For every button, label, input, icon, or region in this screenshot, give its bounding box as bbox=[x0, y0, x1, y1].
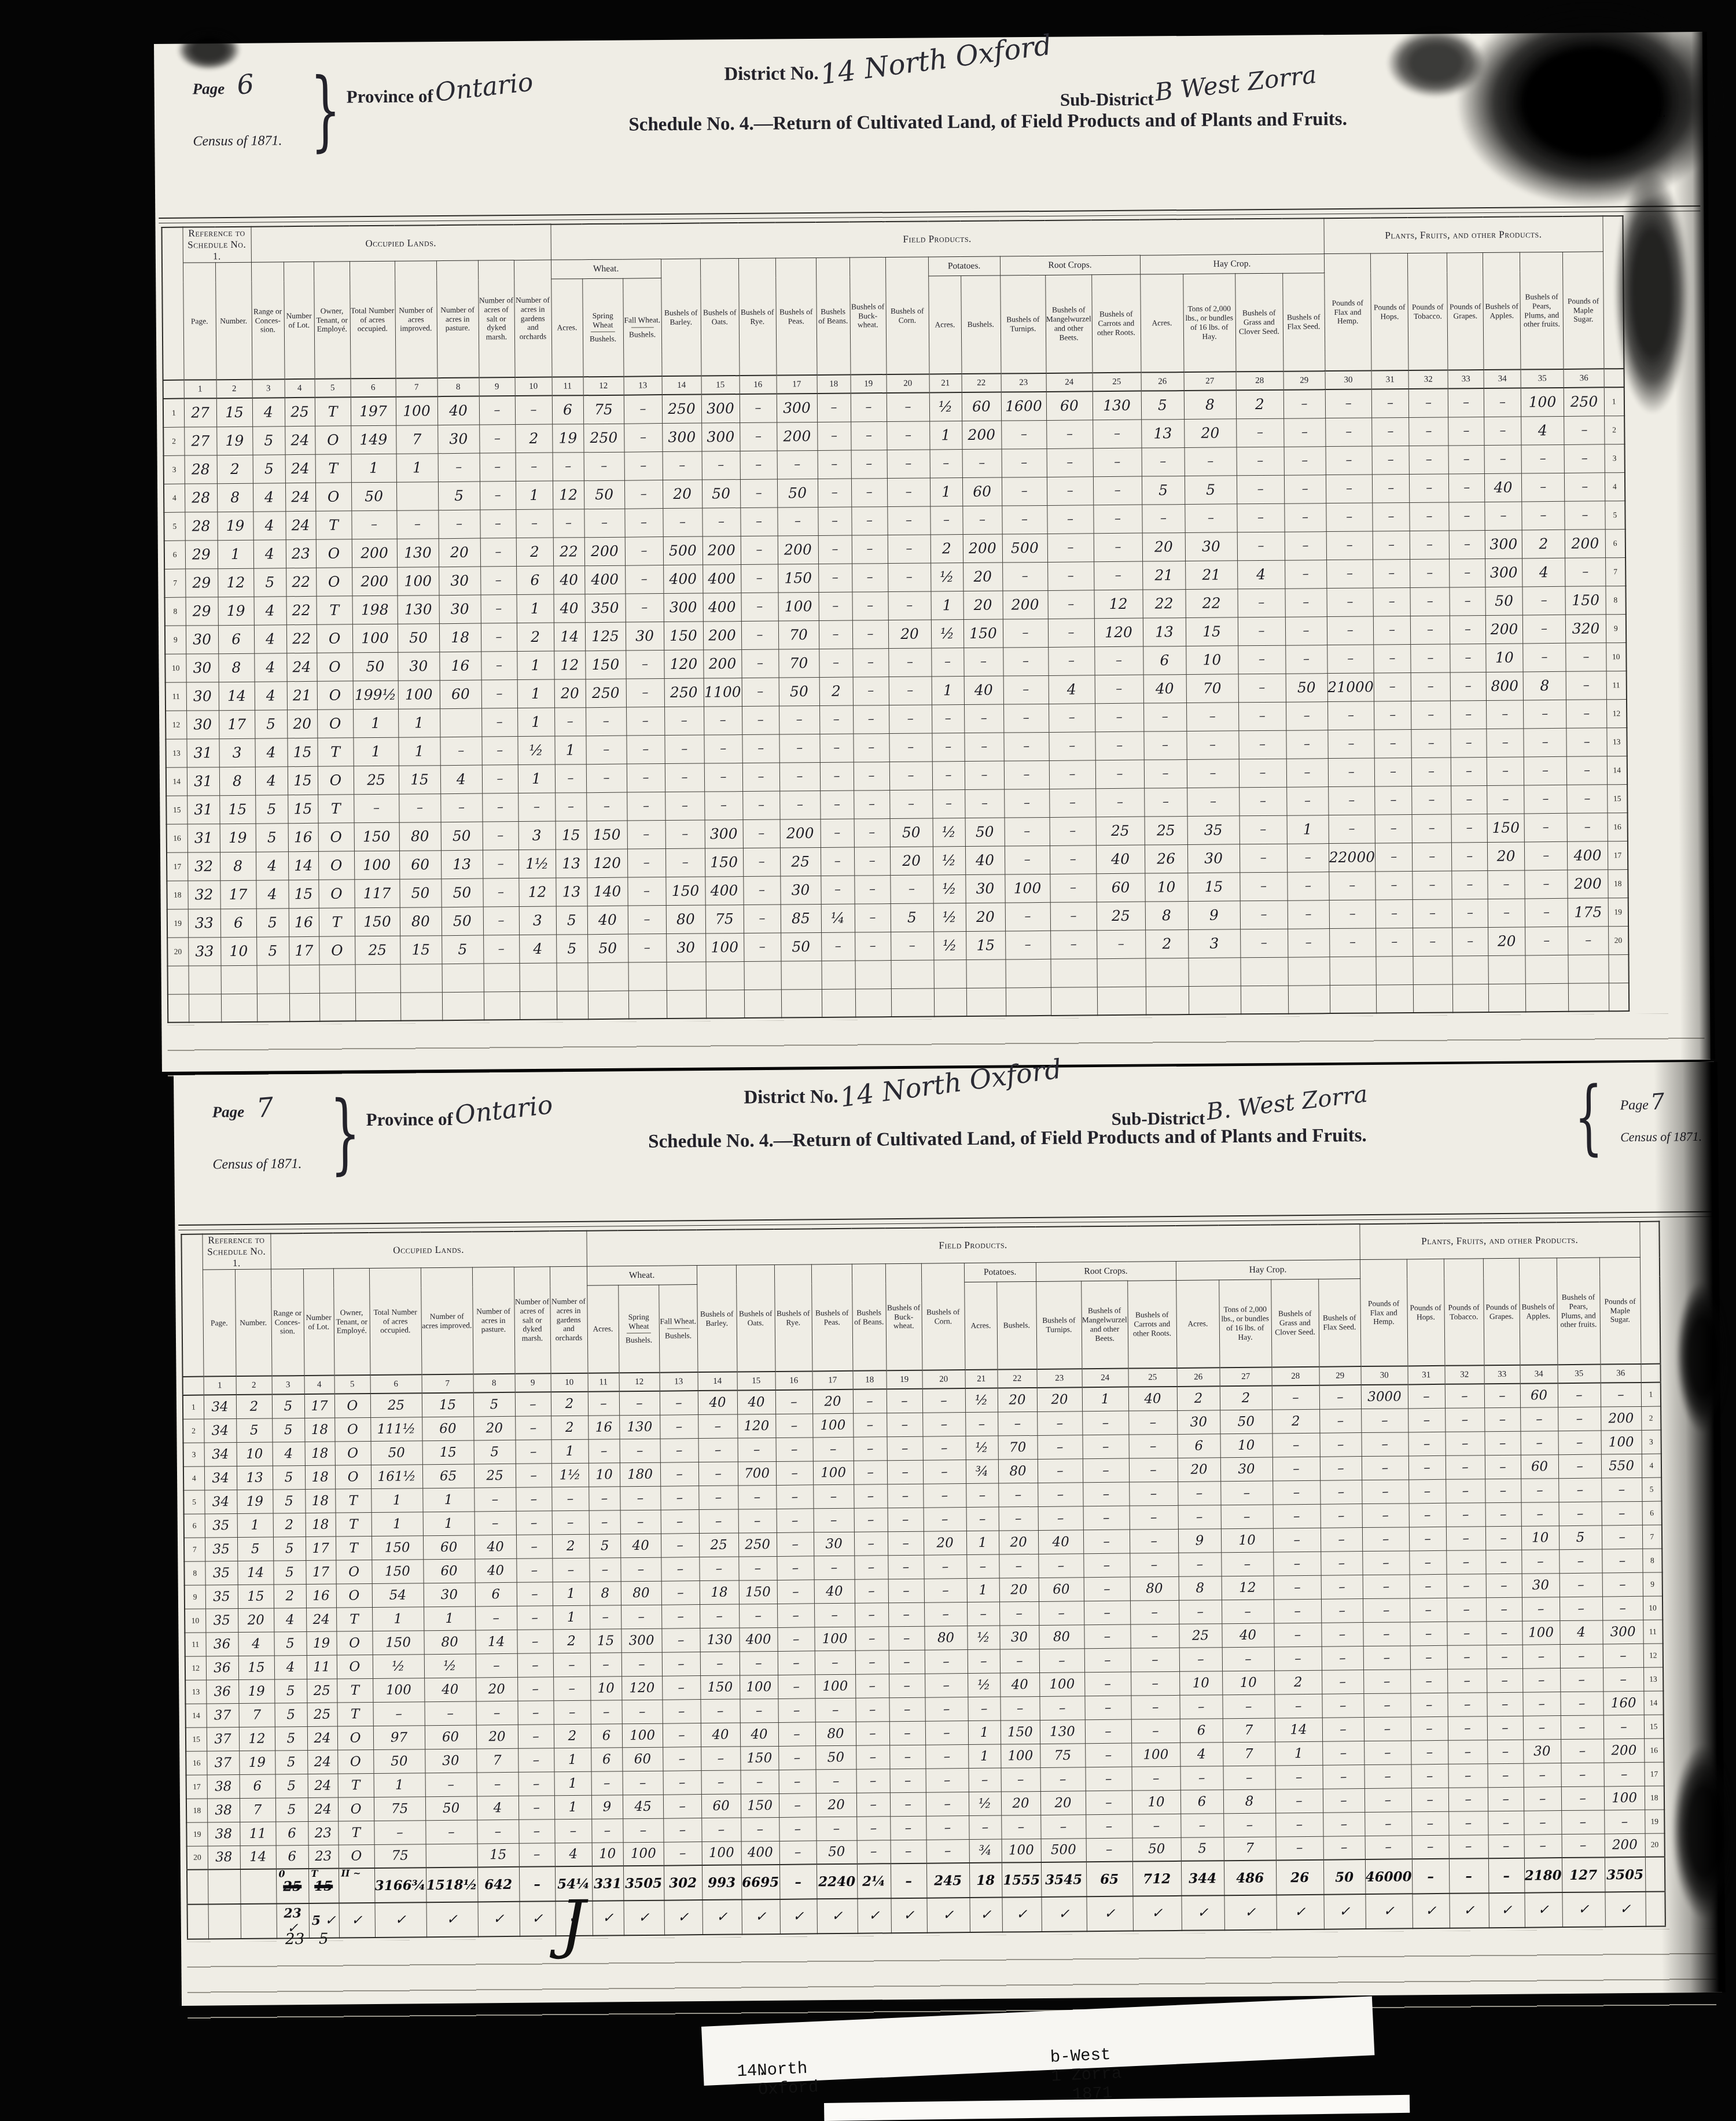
handwritten-value: 2 bbox=[236, 1395, 272, 1419]
handwritten-value: – bbox=[1003, 619, 1048, 648]
corner-page-block: { Page 7 Census of 1871. bbox=[1562, 1069, 1702, 1164]
handwritten-value: – bbox=[1601, 1383, 1641, 1407]
handwritten-value: 24 bbox=[285, 426, 315, 454]
column-number: 21 bbox=[929, 374, 962, 392]
handwritten-value: – bbox=[1143, 731, 1186, 760]
handwritten-value: 500 bbox=[663, 536, 703, 565]
handwritten-value: 200 bbox=[703, 621, 741, 650]
handwritten-value: 250 bbox=[583, 424, 624, 453]
handwritten-value: 150 bbox=[664, 622, 703, 650]
column-header: Bushels of Flax Seed. bbox=[1282, 273, 1325, 372]
handwritten-value: 85 bbox=[781, 904, 821, 933]
handwritten-value: – bbox=[1093, 448, 1142, 477]
handwritten-value: – bbox=[818, 564, 852, 592]
handwritten-value: 8 bbox=[1179, 1576, 1222, 1600]
census-table-page-6: Reference to Schedule No. 1.Occupied Lan… bbox=[161, 215, 1629, 1023]
handwritten-value: 22 bbox=[1142, 589, 1185, 618]
handwritten-value: – bbox=[1485, 1502, 1521, 1527]
handwritten-value: 14 bbox=[237, 1561, 273, 1585]
handwritten-value: – bbox=[889, 676, 932, 705]
handwritten-value: 1 bbox=[518, 764, 555, 793]
handwritten-value: – bbox=[1323, 1765, 1364, 1789]
handwritten-value: – bbox=[1286, 701, 1327, 730]
handwritten-value: 130 bbox=[1093, 391, 1141, 420]
handwritten-value: T bbox=[338, 1821, 374, 1845]
handwritten-value: – bbox=[1449, 502, 1485, 530]
checkmark: ✓ bbox=[1276, 1895, 1324, 1930]
total-value: – bbox=[519, 1866, 556, 1902]
handwritten-value: 35 bbox=[205, 1608, 238, 1632]
empty-cell bbox=[933, 960, 966, 988]
handwritten-value: O bbox=[318, 851, 354, 879]
handwritten-value: O bbox=[318, 766, 354, 794]
handwritten-value: – bbox=[1272, 1480, 1320, 1505]
handwritten-value: 100 bbox=[352, 624, 398, 653]
handwritten-value: – bbox=[1446, 1502, 1485, 1527]
corner-page-number: 6 bbox=[1614, 64, 1630, 91]
handwritten-value: – bbox=[1288, 900, 1329, 929]
handwritten-value: 800 bbox=[1486, 671, 1523, 700]
handwritten-value: – bbox=[966, 1507, 999, 1531]
handwritten-value: – bbox=[888, 534, 930, 563]
handwritten-value: – bbox=[621, 1652, 662, 1677]
column-number: 29 bbox=[1283, 371, 1325, 390]
handwritten-value: – bbox=[777, 1532, 814, 1556]
handwritten-value: 5 bbox=[1559, 1525, 1602, 1549]
empty-cell bbox=[355, 964, 400, 993]
handwritten-value: 250 bbox=[662, 395, 701, 424]
handwritten-value: – bbox=[962, 449, 1002, 478]
handwritten-value: – bbox=[1322, 1741, 1364, 1765]
column-number: 34 bbox=[1484, 369, 1521, 388]
column-number: 35 bbox=[1558, 1365, 1601, 1384]
row-number: 7 bbox=[1606, 557, 1625, 586]
handwritten-value: – bbox=[701, 1817, 741, 1841]
handwritten-value: 70 bbox=[998, 1435, 1038, 1460]
page-label: Page bbox=[192, 80, 225, 97]
handwritten-value: – bbox=[661, 1580, 700, 1605]
column-header: Number of acres of salt or dyked marsh. bbox=[478, 260, 515, 378]
handwritten-value: – bbox=[1322, 1670, 1363, 1694]
handwritten-value: – bbox=[1447, 1597, 1486, 1622]
handwritten-value: – bbox=[516, 1510, 552, 1535]
handwritten-value: 40 bbox=[1143, 674, 1186, 703]
handwritten-value: 20 bbox=[473, 1416, 515, 1440]
archive-label-slip-partial bbox=[824, 2095, 1410, 2121]
row-number: 3 bbox=[1642, 1430, 1661, 1454]
handwritten-value: – bbox=[852, 563, 888, 591]
column-group-header: Plants, Fruits, and other Products. bbox=[1359, 1222, 1640, 1260]
handwritten-value: – bbox=[1322, 1646, 1363, 1670]
handwritten-value: 4 bbox=[1522, 558, 1565, 587]
handwritten-value: – bbox=[1363, 1598, 1410, 1622]
handwritten-value: – bbox=[1050, 845, 1096, 874]
handwritten-value: – bbox=[625, 565, 663, 594]
handwritten-value: 100 bbox=[740, 1675, 778, 1699]
handwritten-value: – bbox=[1050, 873, 1096, 902]
handwritten-value: 2 bbox=[1274, 1670, 1322, 1694]
handwritten-value: – bbox=[1363, 1622, 1410, 1646]
row-number: 13 bbox=[165, 739, 186, 767]
row-number: 15 bbox=[186, 1727, 207, 1751]
handwritten-value: – bbox=[628, 933, 666, 962]
handwritten-value: 400 bbox=[739, 1627, 777, 1652]
column-header: Number of acres in gardens and orchards bbox=[514, 260, 552, 377]
handwritten-value: – bbox=[1363, 1669, 1410, 1693]
column-number: 1 bbox=[184, 380, 216, 398]
column-number: 33 bbox=[1484, 1365, 1520, 1384]
handwritten-value: – bbox=[515, 1392, 551, 1416]
handwritten-value: – bbox=[1410, 1598, 1447, 1622]
empty-cell bbox=[855, 988, 891, 1017]
handwritten-value: 6 bbox=[475, 1582, 517, 1607]
handwritten-value: 5 bbox=[272, 1394, 304, 1418]
handwritten-value: 100 bbox=[622, 1723, 663, 1748]
handwritten-value: – bbox=[1320, 1456, 1362, 1480]
handwritten-value: 40 bbox=[701, 1723, 740, 1747]
total-value: 712 bbox=[1132, 1861, 1182, 1896]
handwritten-value: – bbox=[854, 875, 890, 903]
handwritten-value: – bbox=[590, 1652, 621, 1676]
handwritten-value: – bbox=[1094, 646, 1143, 675]
empty-cell bbox=[400, 964, 442, 993]
handwritten-value: – bbox=[396, 510, 438, 539]
handwritten-value: 111½ bbox=[370, 1417, 422, 1441]
handwritten-value: – bbox=[890, 1792, 926, 1817]
column-number: 29 bbox=[1319, 1366, 1361, 1385]
handwritten-value: – bbox=[1524, 700, 1566, 729]
handwritten-value: 150 bbox=[1001, 1720, 1040, 1744]
total-value: – bbox=[1449, 1858, 1489, 1894]
handwritten-value: 150 bbox=[1565, 586, 1606, 615]
handwritten-value: – bbox=[1558, 1477, 1601, 1502]
empty-cell bbox=[400, 992, 442, 1021]
handwritten-value: 10 bbox=[1145, 873, 1187, 902]
empty-cell bbox=[257, 965, 289, 993]
handwritten-value: – bbox=[888, 1579, 924, 1603]
handwritten-value: 14 bbox=[219, 682, 255, 710]
handwritten-value: – bbox=[482, 793, 518, 821]
handwritten-value: – bbox=[586, 792, 627, 821]
handwritten-value: – bbox=[1327, 729, 1374, 758]
handwritten-value: – bbox=[1084, 1672, 1131, 1696]
handwritten-value: – bbox=[354, 794, 399, 823]
handwritten-value: 100 bbox=[705, 933, 744, 962]
handwritten-value: – bbox=[891, 931, 933, 960]
handwritten-value: – bbox=[777, 1508, 814, 1532]
handwritten-value: – bbox=[1040, 1767, 1086, 1791]
handwritten-value: 1 bbox=[930, 591, 963, 619]
handwritten-value: 29 bbox=[185, 540, 218, 568]
checkmark: ✓ bbox=[741, 1899, 780, 1935]
column-header: Bushels of Turnips. bbox=[1000, 275, 1046, 373]
total-value: 1555 bbox=[1002, 1862, 1042, 1898]
handwritten-value: 17 bbox=[219, 710, 255, 738]
handwritten-value: – bbox=[660, 1462, 698, 1486]
handwritten-value: 30 bbox=[186, 625, 218, 653]
handwritten-value: – bbox=[1002, 477, 1047, 506]
handwritten-value: – bbox=[1047, 476, 1093, 505]
handwritten-value: – bbox=[698, 1462, 738, 1486]
handwritten-value: – bbox=[698, 1438, 738, 1462]
handwritten-value: – bbox=[1524, 1763, 1561, 1787]
handwritten-value: – bbox=[374, 1820, 425, 1844]
handwritten-value: 10 bbox=[589, 1462, 620, 1486]
handwritten-value: – bbox=[1322, 1717, 1364, 1741]
handwritten-value: 40 bbox=[698, 1391, 737, 1415]
handwritten-value: 16 bbox=[588, 1415, 619, 1439]
handwritten-value: – bbox=[742, 734, 779, 763]
handwritten-value: – bbox=[1602, 1549, 1642, 1573]
handwritten-value: – bbox=[1005, 817, 1050, 846]
handwritten-value: – bbox=[1323, 1836, 1365, 1860]
column-number: 35 bbox=[1521, 369, 1564, 388]
row-number: 11 bbox=[165, 682, 186, 711]
handwritten-value: – bbox=[1238, 674, 1286, 703]
handwritten-value: – bbox=[1448, 417, 1484, 445]
handwritten-value: 100 bbox=[1522, 1620, 1560, 1645]
handwritten-value: – bbox=[1559, 1549, 1602, 1573]
handwritten-value: – bbox=[922, 1412, 965, 1436]
handwritten-value: – bbox=[779, 762, 820, 791]
handwritten-value: 40 bbox=[740, 1722, 778, 1747]
handwritten-value: – bbox=[744, 933, 781, 962]
handwritten-value: – bbox=[814, 1556, 854, 1580]
handwritten-value: 5 bbox=[274, 1631, 306, 1655]
handwritten-value: – bbox=[588, 1391, 619, 1415]
empty-cell bbox=[628, 962, 666, 991]
checkmark: ✓ bbox=[1181, 1895, 1224, 1931]
handwritten-value: 100 bbox=[813, 1461, 854, 1485]
handwritten-value: 550 bbox=[1601, 1454, 1642, 1478]
handwritten-value: 6 bbox=[275, 1821, 308, 1845]
handwritten-value: – bbox=[440, 737, 481, 766]
handwritten-value: – bbox=[1003, 732, 1049, 761]
handwritten-value: 20 bbox=[1040, 1791, 1086, 1815]
checkmark: ✓ bbox=[1086, 1896, 1133, 1932]
handwritten-value: – bbox=[1085, 1719, 1131, 1744]
handwritten-value: 7 bbox=[240, 1798, 275, 1822]
handwritten-value: – bbox=[1272, 1457, 1320, 1481]
column-number: 27 bbox=[1220, 1367, 1272, 1386]
handwritten-value: 3 bbox=[219, 738, 255, 767]
handwritten-value: O bbox=[334, 1394, 370, 1418]
handwritten-value: 150 bbox=[700, 1675, 740, 1700]
handwritten-value: 35 bbox=[205, 1585, 238, 1608]
handwritten-value: – bbox=[1329, 871, 1375, 900]
handwritten-value: 125 bbox=[585, 622, 626, 651]
column-header: Bushels of Mangel­wurzel and other Beets… bbox=[1045, 275, 1092, 373]
handwritten-value: – bbox=[1049, 760, 1095, 789]
handwritten-value: – bbox=[742, 791, 779, 820]
handwritten-value: 75 bbox=[374, 1844, 426, 1868]
handwritten-value: ½ bbox=[969, 1792, 1001, 1815]
handwritten-value: 6 bbox=[1180, 1718, 1223, 1743]
handwritten-value: – bbox=[1285, 560, 1326, 589]
handwritten-value: – bbox=[589, 1557, 620, 1581]
column-header: Number of acres in pasture. bbox=[472, 1267, 515, 1374]
handwritten-value: – bbox=[1411, 700, 1451, 729]
handwritten-value: 23 bbox=[286, 539, 316, 568]
handwritten-value: – bbox=[1409, 1527, 1446, 1551]
handwritten-value: 50 bbox=[425, 1796, 477, 1820]
handwritten-value: 60 bbox=[1521, 1454, 1558, 1479]
handwritten-value: – bbox=[662, 1652, 700, 1676]
handwritten-value: – bbox=[1375, 871, 1413, 900]
handwritten-value: 150 bbox=[372, 1535, 423, 1560]
column-number: 18 bbox=[853, 1370, 887, 1390]
handwritten-value: – bbox=[483, 935, 519, 963]
handwritten-value: – bbox=[1450, 587, 1485, 615]
handwritten-value: – bbox=[1038, 1435, 1083, 1459]
handwritten-value: – bbox=[1274, 1599, 1321, 1623]
handwritten-value: 30 bbox=[186, 682, 219, 710]
empty-cell bbox=[520, 991, 557, 1020]
handwritten-value: 50 bbox=[1485, 586, 1522, 615]
handwritten-value: – bbox=[923, 1483, 966, 1508]
column-group-header: Reference to Schedule No. 1. bbox=[182, 227, 251, 263]
row-number: 14 bbox=[1643, 1691, 1663, 1715]
checkmark: ✓ bbox=[816, 1899, 858, 1934]
handwritten-value: 1 bbox=[929, 421, 962, 449]
handwritten-value: – bbox=[1566, 699, 1607, 728]
column-header: Spring WheatBushels. bbox=[582, 278, 623, 377]
handwritten-value: – bbox=[483, 878, 518, 906]
row-number: 1 bbox=[1604, 387, 1624, 416]
handwritten-value: ½ bbox=[968, 1673, 1000, 1697]
handwritten-value: 5 bbox=[556, 934, 587, 962]
handwritten-value: 40 bbox=[1038, 1530, 1083, 1554]
handwritten-value: – bbox=[702, 508, 740, 536]
handwritten-value: – bbox=[1604, 1810, 1645, 1834]
handwritten-value: – bbox=[1095, 675, 1143, 704]
handwritten-value: 198 bbox=[352, 596, 397, 624]
handwritten-value: – bbox=[1321, 1551, 1362, 1575]
province-block: Province of Ontario bbox=[366, 1101, 553, 1132]
handwritten-value: – bbox=[1487, 1668, 1522, 1693]
handwritten-value: – bbox=[1093, 420, 1141, 449]
handwritten-value: – bbox=[1238, 730, 1286, 759]
handwritten-value: 5 bbox=[236, 1418, 272, 1443]
handwritten-value: – bbox=[1525, 870, 1568, 899]
handwritten-value: 25 bbox=[370, 1393, 422, 1417]
handwritten-value: – bbox=[1287, 843, 1329, 872]
handwritten-value: 60 bbox=[962, 477, 1002, 506]
row-number: 11 bbox=[1643, 1620, 1663, 1644]
handwritten-value: – bbox=[1408, 1479, 1446, 1504]
handwritten-value: – bbox=[1239, 787, 1286, 816]
handwritten-value: 34 bbox=[204, 1418, 236, 1442]
handwritten-value: 200 bbox=[1485, 615, 1522, 644]
handwritten-value: 12 bbox=[553, 480, 584, 509]
handwritten-value: – bbox=[1487, 1645, 1522, 1669]
handwritten-value: – bbox=[1286, 730, 1327, 759]
handwritten-value: – bbox=[1187, 787, 1239, 816]
handwritten-value: – bbox=[1046, 420, 1093, 449]
handwritten-value: – bbox=[999, 1601, 1039, 1626]
handwritten-value: – bbox=[627, 820, 665, 849]
handwritten-value: – bbox=[1285, 645, 1327, 674]
handwritten-value: – bbox=[700, 1652, 740, 1676]
handwritten-value: – bbox=[925, 1673, 968, 1697]
handwritten-value: 4 bbox=[255, 738, 287, 766]
handwritten-value: 150 bbox=[354, 822, 399, 851]
column-header: Spring WheatBushels. bbox=[618, 1285, 659, 1373]
handwritten-page-number: 6 bbox=[236, 68, 255, 101]
handwritten-value: 1 bbox=[517, 708, 554, 737]
handwritten-value: – bbox=[777, 1579, 814, 1604]
handwritten-value: 20 bbox=[998, 1388, 1037, 1412]
handwritten-value: – bbox=[740, 394, 777, 423]
handwritten-value: 50 bbox=[781, 932, 821, 961]
total-value: – bbox=[779, 1864, 817, 1899]
handwritten-value: – bbox=[1560, 1572, 1602, 1597]
handwritten-value: – bbox=[851, 421, 887, 450]
column-header: Pounds of Maple Sugar. bbox=[1562, 252, 1604, 369]
handwritten-value: – bbox=[854, 1531, 888, 1556]
handwritten-value: – bbox=[1451, 729, 1487, 757]
handwritten-value: – bbox=[1411, 1811, 1448, 1836]
handwritten-value: 10 bbox=[1132, 1790, 1180, 1814]
handwritten-value: 60 bbox=[1520, 1383, 1558, 1407]
empty-cell bbox=[221, 965, 257, 994]
gutter bbox=[1603, 216, 1624, 369]
handwritten-value: ½ bbox=[933, 931, 966, 960]
handwritten-value: 23 bbox=[308, 1845, 339, 1869]
handwritten-value: 200 bbox=[780, 819, 821, 848]
empty-cell bbox=[1051, 987, 1097, 1016]
column-header: Acres. bbox=[551, 279, 583, 377]
handwritten-value: 4 bbox=[477, 1796, 518, 1820]
handwritten-value: – bbox=[738, 1485, 776, 1509]
handwritten-value: – bbox=[819, 620, 852, 649]
handwritten-value: – bbox=[1082, 1411, 1128, 1435]
handwritten-value: 20 bbox=[287, 710, 317, 738]
handwritten-value: 26 bbox=[1145, 844, 1187, 873]
handwritten-value: 25 bbox=[285, 398, 315, 426]
handwritten-value: 100 bbox=[814, 1627, 855, 1651]
gutter bbox=[1609, 954, 1628, 983]
handwritten-value: 7 bbox=[238, 1703, 274, 1727]
handwritten-value: – bbox=[516, 1439, 551, 1464]
handwritten-value: 18 bbox=[439, 623, 481, 652]
handwritten-value: – bbox=[664, 707, 704, 736]
handwritten-value: 130 bbox=[619, 1415, 660, 1439]
handwritten-value: – bbox=[741, 1817, 779, 1841]
handwritten-value: – bbox=[888, 648, 931, 677]
column-number: 5 bbox=[315, 378, 351, 397]
handwritten-value: 30 bbox=[439, 595, 480, 624]
handwritten-value: 1 bbox=[554, 1771, 591, 1796]
handwritten-value: 25 bbox=[307, 1679, 337, 1703]
handwritten-value: – bbox=[1561, 1786, 1604, 1810]
handwritten-value: – bbox=[1237, 532, 1285, 561]
handwritten-value: – bbox=[1410, 530, 1449, 559]
empty-cell bbox=[442, 964, 483, 993]
handwritten-value: – bbox=[1240, 844, 1287, 873]
handwritten-value: – bbox=[1448, 473, 1484, 502]
handwritten-value: 25 bbox=[699, 1533, 738, 1557]
handwritten-value: – bbox=[923, 1436, 966, 1460]
handwritten-value: 20 bbox=[812, 1390, 853, 1414]
handwritten-value: – bbox=[623, 1818, 663, 1843]
handwritten-value: – bbox=[968, 1697, 1000, 1721]
handwritten-value: – bbox=[1236, 418, 1283, 447]
handwritten-value: 200 bbox=[1603, 1738, 1644, 1763]
row-number: 13 bbox=[1643, 1667, 1663, 1691]
handwritten-value: 21 bbox=[1185, 560, 1237, 589]
subdistrict-label: Sub-District bbox=[1060, 89, 1154, 109]
